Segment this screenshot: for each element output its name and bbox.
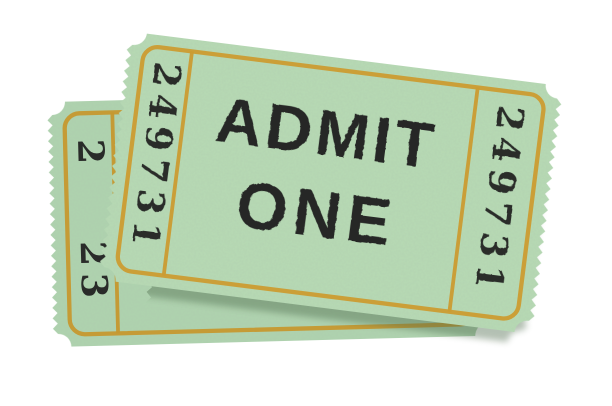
admit-one-tickets-photo: 2 23 249731 249731 ADMIT ONE [0,0,612,406]
ticket-bottom-serial-fragment-top: 2 [69,138,112,171]
photo-canvas: 2 23 249731 249731 ADMIT ONE [0,0,612,406]
